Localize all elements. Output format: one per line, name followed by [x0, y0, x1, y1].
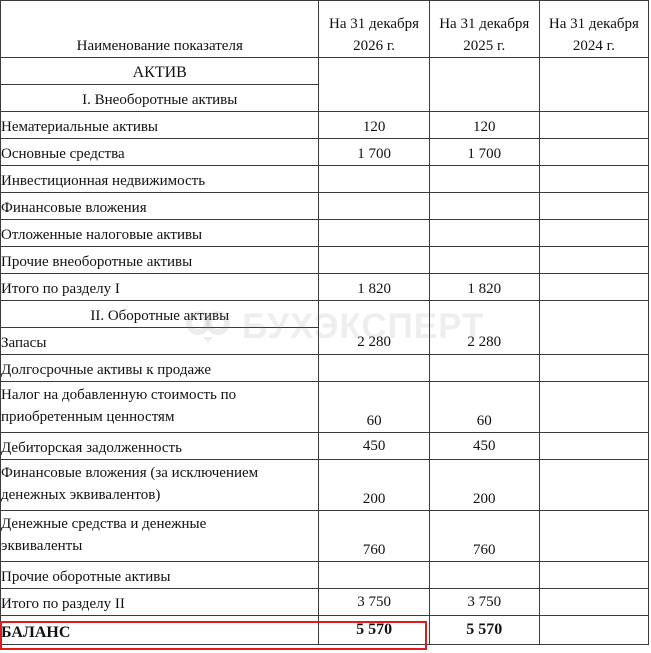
value-2024	[539, 382, 648, 433]
value-2025	[429, 247, 539, 274]
value-2026: 60	[319, 382, 429, 433]
value-2025: 3 750	[429, 589, 539, 616]
table-row: Прочие оборотные активы	[1, 562, 649, 589]
section2-title-row: II. Оборотные активы 2 280 2 280	[1, 301, 649, 328]
asset-title: АКТИВ	[1, 58, 319, 85]
value-2025-text: 2 280	[467, 334, 501, 350]
balance-value-2024	[539, 616, 648, 645]
value-2024	[539, 274, 648, 301]
row-label-line1: Финансовые вложения (за исключением	[1, 462, 318, 484]
value-2026: 1 700	[319, 139, 429, 166]
row-label: Итого по разделу II	[1, 589, 319, 616]
row-label: Итого по разделу I	[1, 274, 319, 301]
value-2026: 450	[319, 433, 429, 460]
table-row: Финансовые вложения (за исключением дене…	[1, 460, 649, 511]
value-2026	[319, 562, 429, 589]
row-label-line1: Денежные средства и денежные	[1, 513, 318, 535]
table-row: Прочие внеоборотные активы	[1, 247, 649, 274]
table-row: Долгосрочные активы к продаже	[1, 355, 649, 382]
row-label: Запасы	[1, 328, 319, 355]
value-2024	[539, 139, 648, 166]
value-2024	[539, 247, 648, 274]
row-label: Основные средства	[1, 139, 319, 166]
header-date-2024: На 31 декабря 2024 г.	[539, 1, 648, 58]
value-2026: 1 820	[319, 274, 429, 301]
balance-total-row: БАЛАНС 5 570 5 570	[1, 616, 649, 645]
value-2024	[539, 460, 648, 511]
value-2024	[539, 589, 648, 616]
header-row: Наименование показателя На 31 декабря 20…	[1, 1, 649, 58]
value-2024	[539, 166, 648, 193]
value-2025	[429, 193, 539, 220]
value-2025	[429, 562, 539, 589]
row-label: Прочие внеоборотные активы	[1, 247, 319, 274]
asset-title-row: АКТИВ	[1, 58, 649, 85]
empty-cell	[539, 58, 648, 112]
table-row: Инвестиционная недвижимость	[1, 166, 649, 193]
value-2024	[539, 562, 648, 589]
table-row: Денежные средства и денежные эквиваленты…	[1, 511, 649, 562]
row-label: Финансовые вложения (за исключением дене…	[1, 460, 319, 511]
row-label: Отложенные налоговые активы	[1, 220, 319, 247]
row-label-line2: приобретенным ценностям	[1, 406, 318, 428]
value-2025: 760	[429, 511, 539, 562]
balance-label: БАЛАНС	[1, 616, 319, 645]
row-label: Финансовые вложения	[1, 193, 319, 220]
value-2025: 200	[429, 460, 539, 511]
value-2026: 2 280	[319, 301, 429, 355]
header-date-2026-line1: На 31 декабря	[319, 13, 428, 35]
balance-value-2025: 5 570	[429, 616, 539, 645]
value-2026: 760	[319, 511, 429, 562]
value-2024	[539, 301, 648, 355]
header-date-2024-line2: 2024 г.	[540, 35, 648, 57]
table-row: Отложенные налоговые активы	[1, 220, 649, 247]
section2-title: II. Оборотные активы	[1, 301, 319, 328]
value-2025: 2 280	[429, 301, 539, 355]
row-label-line2: эквиваленты	[1, 535, 318, 557]
subtotal-row: Итого по разделу I 1 820 1 820	[1, 274, 649, 301]
row-label: Нематериальные активы	[1, 112, 319, 139]
value-2025	[429, 220, 539, 247]
row-label-line1: Налог на добавленную стоимость по	[1, 384, 318, 406]
table-row: Основные средства 1 700 1 700	[1, 139, 649, 166]
value-2026: 3 750	[319, 589, 429, 616]
table-row: Дебиторская задолженность 450 450	[1, 433, 649, 460]
header-date-2025-line1: На 31 декабря	[430, 13, 539, 35]
row-label: Прочие оборотные активы	[1, 562, 319, 589]
row-label: Долгосрочные активы к продаже	[1, 355, 319, 382]
empty-cell	[319, 58, 429, 112]
value-2026	[319, 355, 429, 382]
row-label: Налог на добавленную стоимость по приобр…	[1, 382, 319, 433]
value-2025	[429, 355, 539, 382]
value-2026	[319, 166, 429, 193]
header-date-2026: На 31 декабря 2026 г.	[319, 1, 429, 58]
value-2025: 1 700	[429, 139, 539, 166]
value-2025: 60	[429, 382, 539, 433]
value-2025: 1 820	[429, 274, 539, 301]
row-label: Денежные средства и денежные эквиваленты	[1, 511, 319, 562]
table-row: Нематериальные активы 120 120	[1, 112, 649, 139]
value-2026	[319, 220, 429, 247]
header-date-2025: На 31 декабря 2025 г.	[429, 1, 539, 58]
value-2024	[539, 433, 648, 460]
row-label: Инвестиционная недвижимость	[1, 166, 319, 193]
value-2025: 120	[429, 112, 539, 139]
value-2026: 120	[319, 112, 429, 139]
balance-sheet-table: Наименование показателя На 31 декабря 20…	[0, 0, 649, 645]
table-row: Финансовые вложения	[1, 193, 649, 220]
value-2026-text: 2 280	[357, 334, 391, 350]
value-2024	[539, 220, 648, 247]
value-2024	[539, 511, 648, 562]
value-2026: 200	[319, 460, 429, 511]
balance-value-2026: 5 570	[319, 616, 429, 645]
value-2026	[319, 193, 429, 220]
value-2025	[429, 166, 539, 193]
header-date-2025-line2: 2025 г.	[430, 35, 539, 57]
value-2024	[539, 193, 648, 220]
header-indicator-name: Наименование показателя	[1, 1, 319, 58]
value-2024	[539, 355, 648, 382]
section1-title: I. Внеоборотные активы	[1, 85, 319, 112]
empty-cell	[429, 58, 539, 112]
value-2024	[539, 112, 648, 139]
value-2026	[319, 247, 429, 274]
header-date-2024-line1: На 31 декабря	[540, 13, 648, 35]
row-label-line2: денежных эквивалентов)	[1, 484, 318, 506]
subtotal-row: Итого по разделу II 3 750 3 750	[1, 589, 649, 616]
header-date-2026-line2: 2026 г.	[319, 35, 428, 57]
table-row: Налог на добавленную стоимость по приобр…	[1, 382, 649, 433]
value-2025: 450	[429, 433, 539, 460]
row-label: Дебиторская задолженность	[1, 433, 319, 460]
